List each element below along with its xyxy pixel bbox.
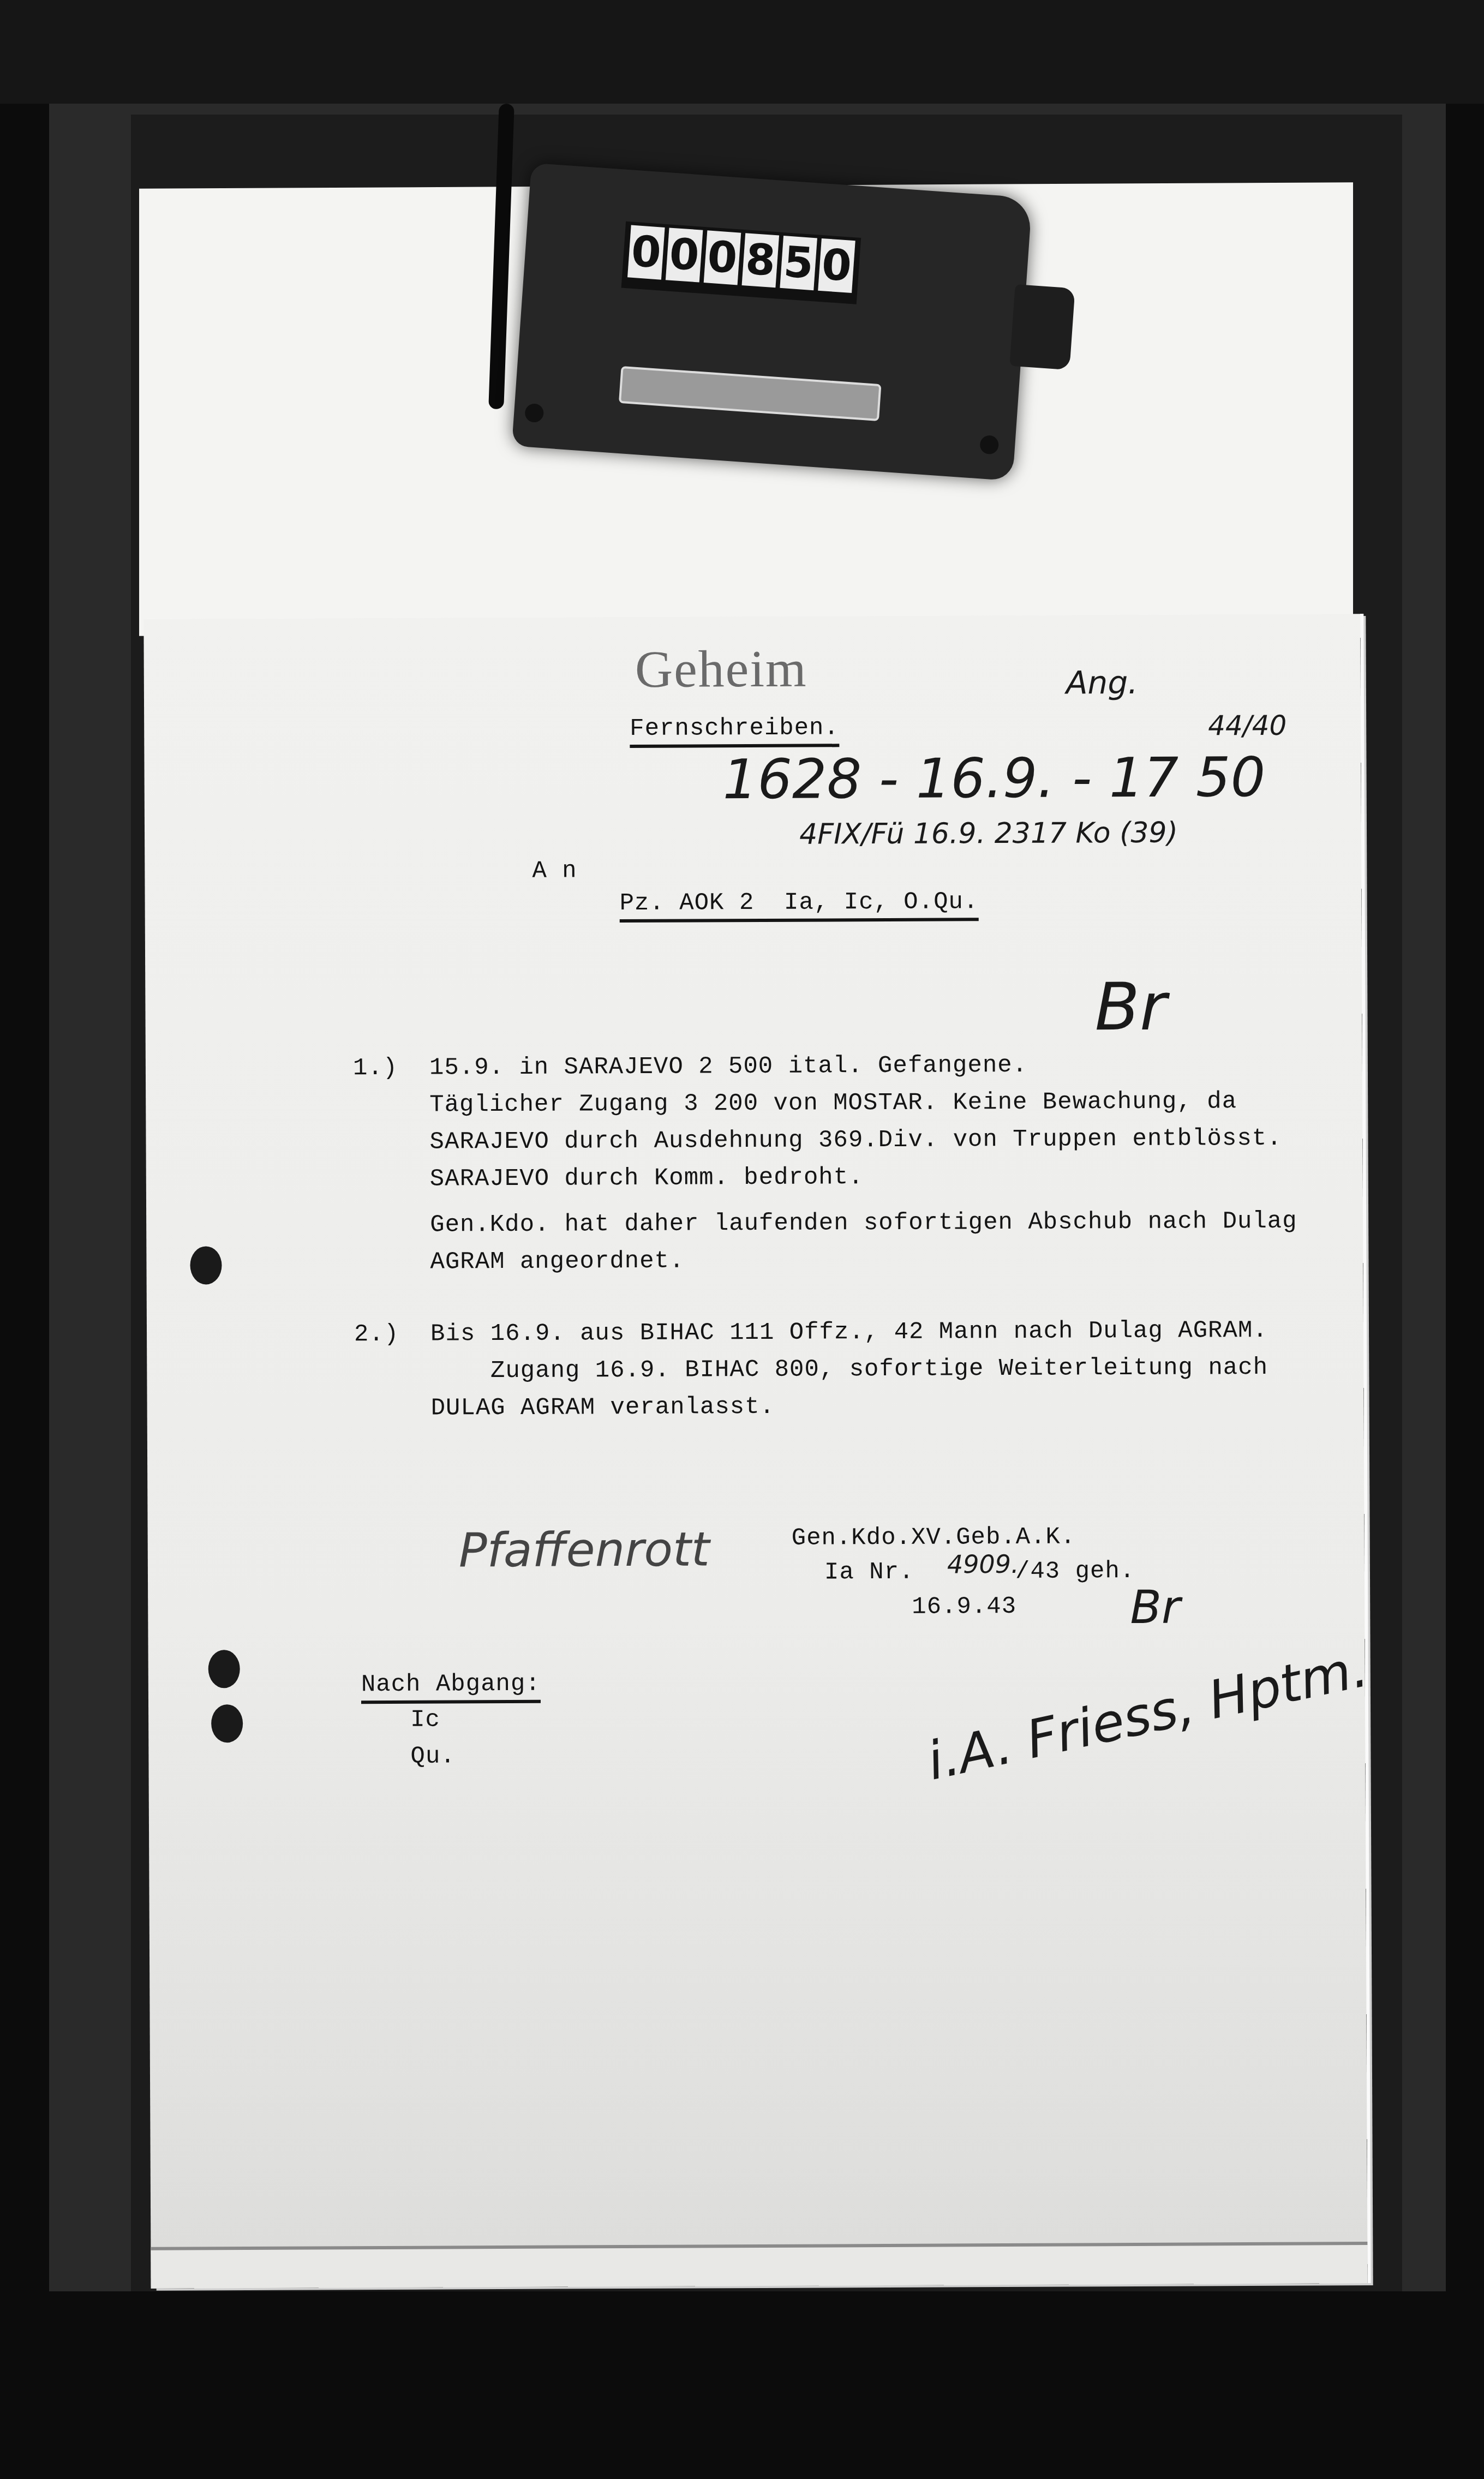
counter-digit: 0: [818, 238, 855, 293]
counter-digit: 0: [627, 225, 665, 280]
counter-digit: 0: [666, 227, 703, 282]
document-page: Geheim Fernschreiben. Ang. 44/40 1628 - …: [143, 614, 1367, 2289]
reference-prefix: Ia Nr.: [824, 1559, 914, 1586]
signature-left: Pfaffenrott: [459, 1522, 710, 1578]
item-number: 2.): [354, 1321, 399, 1348]
screw-icon: [979, 435, 999, 454]
item-line: Bis 16.9. aus BIHAC 111 Offz., 42 Mann n…: [430, 1317, 1268, 1348]
counter-digit: 0: [704, 230, 741, 285]
counter-digit: 8: [742, 233, 780, 288]
handwritten-receipt-line: 1628 - 16.9. - 17 50: [722, 745, 1265, 811]
counter-nameplate: [619, 366, 882, 421]
item-line: Zugang 16.9. BIHAC 800, sofortige Weiter…: [430, 1354, 1268, 1385]
counter-digit: 5: [780, 236, 817, 290]
recipient: Pz. AOK 2 Ia, Ic, O.Qu.: [620, 888, 979, 923]
item-line: SARAJEVO durch Ausdehnung 369.Div. von T…: [429, 1125, 1282, 1156]
classification-stamp: Geheim: [635, 638, 807, 699]
sender-date: 16.9.43: [912, 1593, 1016, 1621]
frame-counter-device: 0 0 0 8 5 0: [512, 163, 1032, 481]
handwritten-fraction: 44/40: [1208, 710, 1286, 742]
item-line: DULAG AGRAM veranlasst.: [431, 1393, 775, 1422]
recipient-label: A n: [532, 857, 577, 884]
reference-number-handwritten: 4909.: [947, 1549, 1019, 1579]
distribution-label: Nach Abgang:: [361, 1670, 541, 1704]
signature-bottom-right: i.A. Friess, Hptm.: [922, 1637, 1373, 1792]
item-number: 1.): [353, 1055, 398, 1082]
counter-knob: [1009, 284, 1075, 370]
punch-hole: [190, 1246, 222, 1284]
item-line: 15.9. in SARAJEVO 2 500 ital. Gefangene.: [429, 1052, 1027, 1082]
sender-unit: Gen.Kdo.XV.Geb.A.K.: [792, 1523, 1076, 1552]
distribution-entry: Qu.: [410, 1743, 455, 1770]
handwritten-initial: Br: [1094, 969, 1166, 1046]
item-line: Gen.Kdo. hat daher laufenden sofortigen …: [430, 1208, 1297, 1239]
item-line: Täglicher Zugang 3 200 von MOSTAR. Keine…: [429, 1088, 1237, 1118]
film-frame-top: [0, 0, 1484, 104]
page-bottom-edge: [151, 2242, 1367, 2289]
counter-display: 0 0 0 8 5 0: [621, 221, 861, 304]
screw-icon: [524, 403, 544, 423]
reference-suffix: /43 geh.: [1015, 1558, 1135, 1585]
document-type: Fernschreiben.: [630, 714, 839, 748]
punch-hole: [211, 1704, 243, 1743]
distribution-entry: Ic: [410, 1706, 440, 1734]
handwritten-transmission-line: 4FIX/Fü 16.9. 2317 Ko (39): [799, 817, 1178, 851]
handwritten-initial: Br: [1130, 1580, 1181, 1634]
punch-hole: [208, 1650, 240, 1688]
item-line: SARAJEVO durch Komm. bedroht.: [430, 1164, 864, 1193]
item-line: AGRAM angeordnet.: [430, 1248, 684, 1276]
handwritten-note-top: Ang.: [1066, 664, 1138, 702]
